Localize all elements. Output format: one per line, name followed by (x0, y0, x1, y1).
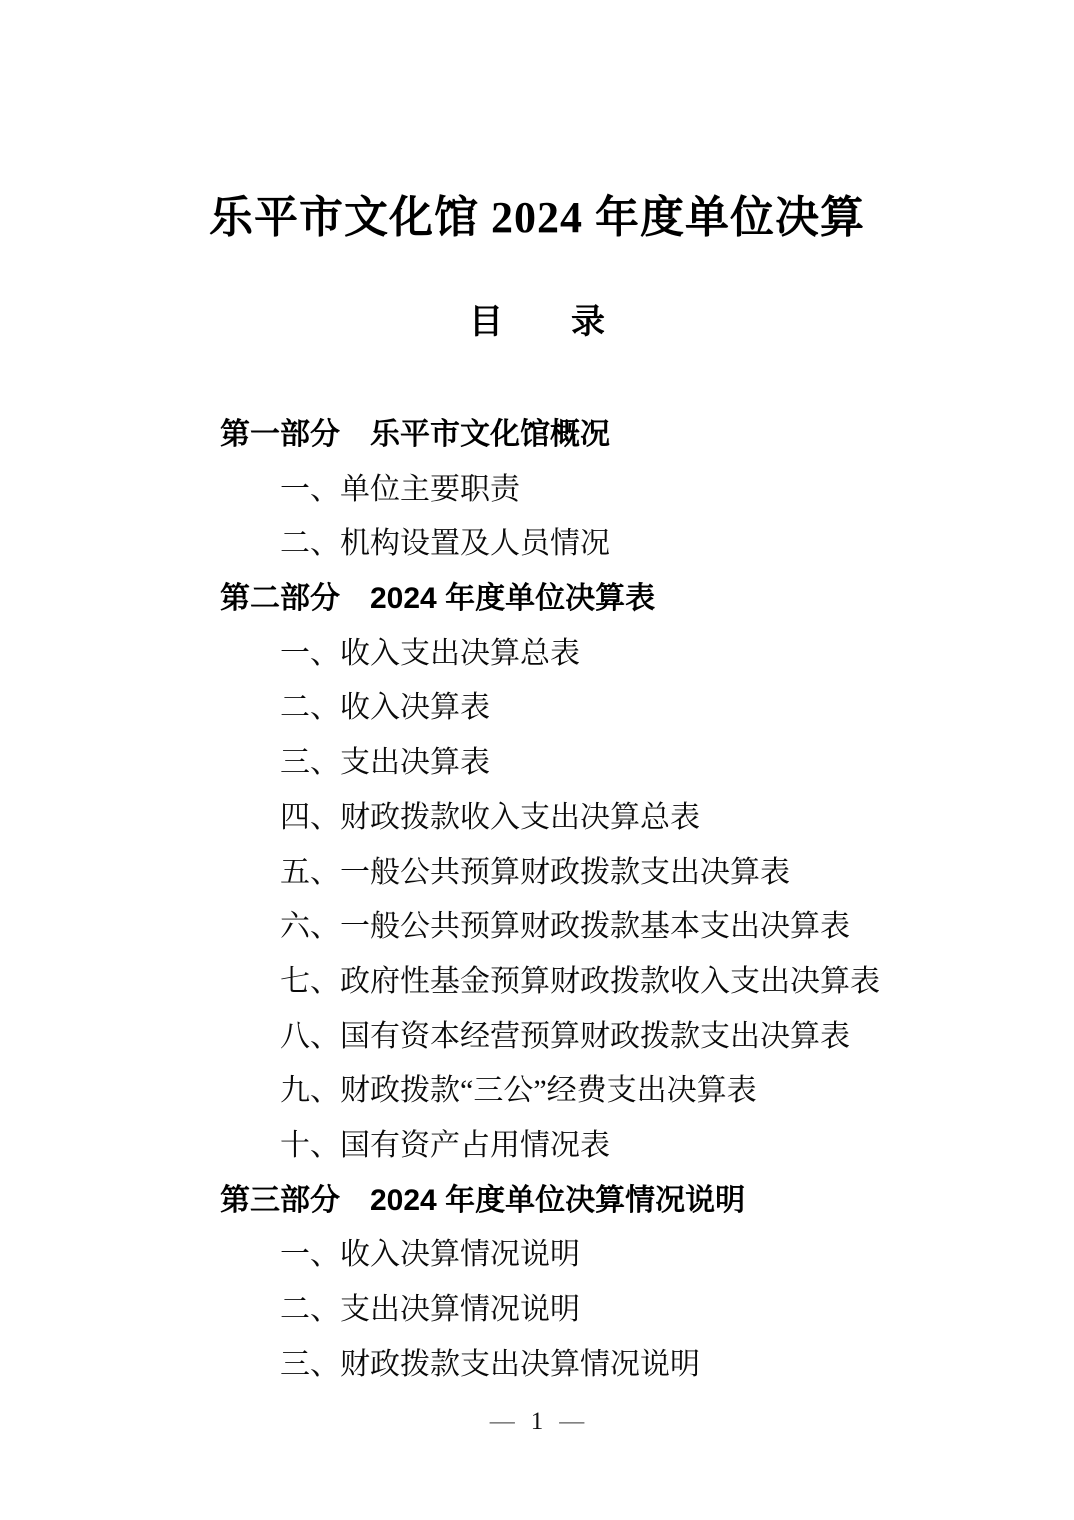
toc-item: 五、一般公共预算财政拨款支出决算表 (220, 846, 1034, 901)
toc-heading: 目 录 (0, 303, 1074, 343)
toc-item: 二、支出决算情况说明 (220, 1283, 1034, 1338)
toc-item: 三、财政拨款支出决算情况说明 (220, 1338, 1034, 1393)
toc-item: 七、政府性基金预算财政拨款收入支出决算表 (220, 955, 1034, 1010)
toc-item: 八、国有资本经营预算财政拨款支出决算表 (220, 1010, 1034, 1065)
toc-item: 二、收入决算表 (220, 681, 1034, 736)
page-number: 1 (531, 1408, 544, 1435)
document-title: 乐平市文化馆 2024 年度单位决算 (0, 192, 1074, 244)
toc-item: 二、机构设置及人员情况 (220, 517, 1034, 572)
toc-section-heading-part3: 第三部分 2024 年度单位决算情况说明 (220, 1174, 1034, 1229)
toc-item: 三、支出决算表 (220, 736, 1034, 791)
page-footer: —1— (0, 1406, 1074, 1438)
toc-section-heading-part2: 第二部分 2024 年度单位决算表 (220, 572, 1034, 627)
toc-item: 六、一般公共预算财政拨款基本支出决算表 (220, 900, 1034, 955)
footer-dash-left: — (490, 1408, 515, 1435)
toc-item: 一、收入支出决算总表 (220, 627, 1034, 682)
table-of-contents: 第一部分 乐平市文化馆概况 一、单位主要职责 二、机构设置及人员情况 第二部分 … (220, 408, 1034, 1392)
document-page: 乐平市文化馆 2024 年度单位决算 目 录 第一部分 乐平市文化馆概况 一、单… (0, 0, 1074, 1520)
toc-section-heading-part1: 第一部分 乐平市文化馆概况 (220, 408, 1034, 463)
toc-item: 一、单位主要职责 (220, 463, 1034, 518)
toc-item: 四、财政拨款收入支出决算总表 (220, 791, 1034, 846)
toc-item: 一、收入决算情况说明 (220, 1228, 1034, 1283)
toc-item: 九、财政拨款“三公”经费支出决算表 (220, 1064, 1034, 1119)
toc-item: 十、国有资产占用情况表 (220, 1119, 1034, 1174)
footer-dash-right: — (559, 1408, 584, 1435)
